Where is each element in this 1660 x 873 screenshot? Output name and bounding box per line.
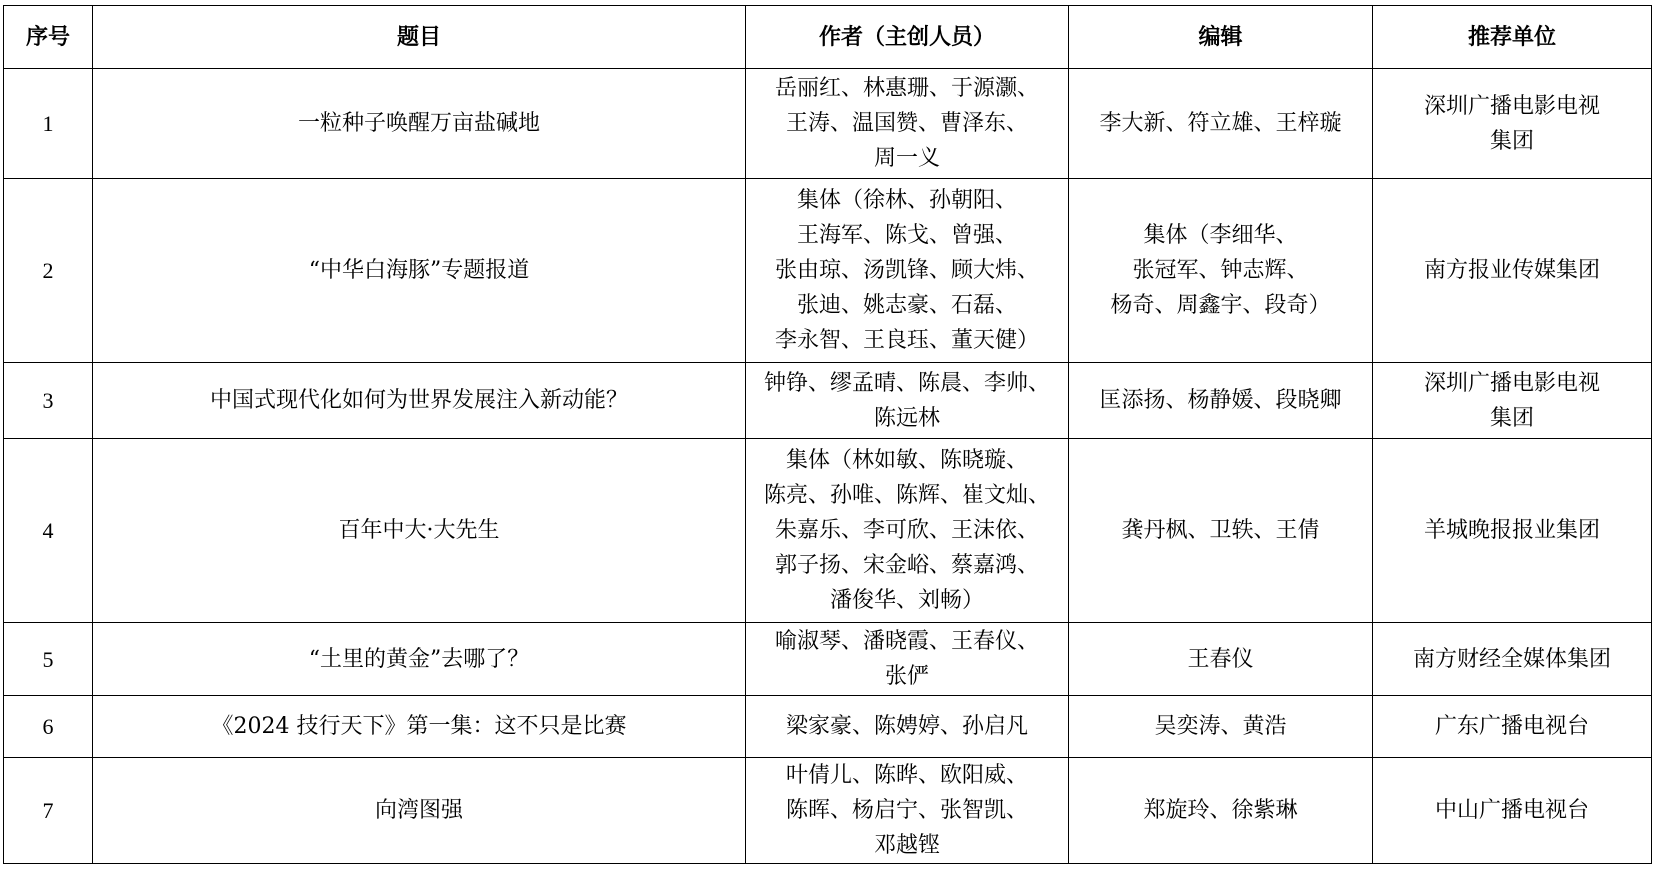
- authors-line: 朱嘉乐、李可欣、王沫依、: [752, 513, 1062, 548]
- authors-line: 陈晖、杨启宁、张智凯、: [752, 793, 1062, 828]
- table-row: 6《2024 技行天下》第一集：这不只是比赛梁家豪、陈娉婷、孙启凡吴奕涛、黄浩广…: [4, 696, 1652, 758]
- unit-line: 集团: [1379, 401, 1645, 436]
- unit-line: 南方财经全媒体集团: [1379, 642, 1645, 677]
- editors-line: 张冠军、钟志辉、: [1075, 253, 1366, 288]
- unit-line: 深圳广播电影电视: [1379, 89, 1645, 124]
- unit-line: 广东广播电视台: [1379, 709, 1645, 744]
- cell-title: 百年中大·大先生: [93, 439, 746, 623]
- authors-line: 周一义: [752, 141, 1062, 176]
- table-row: 4百年中大·大先生集体（林如敏、陈晓璇、陈亮、孙唯、陈辉、崔文灿、朱嘉乐、李可欣…: [4, 439, 1652, 623]
- table-row: 7向湾图强叶倩儿、陈晔、欧阳威、陈晖、杨启宁、张智凯、邓越铿郑旋玲、徐紫琳中山广…: [4, 758, 1652, 864]
- cell-authors: 钟铮、缪孟晴、陈晨、李帅、陈远林: [746, 363, 1069, 439]
- cell-editors: 龚丹枫、卫轶、王倩: [1069, 439, 1373, 623]
- cell-title: “土里的黄金”去哪了？: [93, 623, 746, 696]
- cell-unit: 中山广播电视台: [1373, 758, 1652, 864]
- cell-index: 4: [4, 439, 93, 623]
- cell-editors: 郑旋玲、徐紫琳: [1069, 758, 1373, 864]
- editors-line: 郑旋玲、徐紫琳: [1075, 793, 1366, 828]
- unit-line: 深圳广播电影电视: [1379, 366, 1645, 401]
- authors-line: 王海军、陈戈、曾强、: [752, 218, 1062, 253]
- cell-index: 1: [4, 69, 93, 179]
- table-row: 3中国式现代化如何为世界发展注入新动能？钟铮、缪孟晴、陈晨、李帅、陈远林匡添扬、…: [4, 363, 1652, 439]
- cell-authors: 梁家豪、陈娉婷、孙启凡: [746, 696, 1069, 758]
- authors-line: 郭子扬、宋金峪、蔡嘉鸿、: [752, 548, 1062, 583]
- cell-unit: 广东广播电视台: [1373, 696, 1652, 758]
- authors-line: 张由琼、汤凯锋、顾大炜、: [752, 253, 1062, 288]
- cell-authors: 岳丽红、林惠珊、于源灏、王涛、温国赞、曹泽东、周一义: [746, 69, 1069, 179]
- cell-title: “中华白海豚”专题报道: [93, 179, 746, 363]
- authors-line: 张迪、姚志豪、石磊、: [752, 288, 1062, 323]
- award-table: 序号 题目 作者（主创人员） 编辑 推荐单位 1一粒种子唤醒万亩盐碱地岳丽红、林…: [3, 5, 1652, 864]
- cell-unit: 南方财经全媒体集团: [1373, 623, 1652, 696]
- cell-authors: 叶倩儿、陈晔、欧阳威、陈晖、杨启宁、张智凯、邓越铿: [746, 758, 1069, 864]
- cell-title: 向湾图强: [93, 758, 746, 864]
- authors-line: 岳丽红、林惠珊、于源灏、: [752, 71, 1062, 106]
- cell-title: 中国式现代化如何为世界发展注入新动能？: [93, 363, 746, 439]
- cell-title: 《2024 技行天下》第一集：这不只是比赛: [93, 696, 746, 758]
- editors-line: 杨奇、周鑫宇、段奇）: [1075, 288, 1366, 323]
- authors-line: 王涛、温国赞、曹泽东、: [752, 106, 1062, 141]
- editors-line: 集体（李细华、: [1075, 218, 1366, 253]
- cell-authors: 集体（林如敏、陈晓璇、陈亮、孙唯、陈辉、崔文灿、朱嘉乐、李可欣、王沫依、郭子扬、…: [746, 439, 1069, 623]
- unit-line: 中山广播电视台: [1379, 793, 1645, 828]
- cell-unit: 深圳广播电影电视集团: [1373, 69, 1652, 179]
- table-row: 5“土里的黄金”去哪了？喻淑琴、潘晓霞、王春仪、张俨王春仪南方财经全媒体集团: [4, 623, 1652, 696]
- table-body: 1一粒种子唤醒万亩盐碱地岳丽红、林惠珊、于源灏、王涛、温国赞、曹泽东、周一义李大…: [4, 69, 1652, 864]
- cell-index: 6: [4, 696, 93, 758]
- header-unit: 推荐单位: [1373, 6, 1652, 69]
- authors-line: 陈亮、孙唯、陈辉、崔文灿、: [752, 478, 1062, 513]
- unit-line: 南方报业传媒集团: [1379, 253, 1645, 288]
- authors-line: 梁家豪、陈娉婷、孙启凡: [752, 709, 1062, 744]
- header-editors: 编辑: [1069, 6, 1373, 69]
- cell-authors: 集体（徐林、孙朝阳、王海军、陈戈、曾强、张由琼、汤凯锋、顾大炜、张迪、姚志豪、石…: [746, 179, 1069, 363]
- authors-line: 李永智、王良珏、董天健）: [752, 323, 1062, 358]
- authors-line: 喻淑琴、潘晓霞、王春仪、: [752, 624, 1062, 659]
- cell-editors: 匡添扬、杨静媛、段晓卿: [1069, 363, 1373, 439]
- cell-unit: 深圳广播电影电视集团: [1373, 363, 1652, 439]
- cell-unit: 南方报业传媒集团: [1373, 179, 1652, 363]
- editors-line: 吴奕涛、黄浩: [1075, 709, 1366, 744]
- authors-line: 潘俊华、刘畅）: [752, 583, 1062, 618]
- cell-editors: 吴奕涛、黄浩: [1069, 696, 1373, 758]
- unit-line: 羊城晚报报业集团: [1379, 513, 1645, 548]
- cell-title: 一粒种子唤醒万亩盐碱地: [93, 69, 746, 179]
- authors-line: 叶倩儿、陈晔、欧阳威、: [752, 758, 1062, 793]
- editors-line: 李大新、符立雄、王梓璇: [1075, 106, 1366, 141]
- header-title: 题目: [93, 6, 746, 69]
- authors-line: 钟铮、缪孟晴、陈晨、李帅、: [752, 366, 1062, 401]
- editors-line: 龚丹枫、卫轶、王倩: [1075, 513, 1366, 548]
- authors-line: 邓越铿: [752, 828, 1062, 863]
- cell-editors: 集体（李细华、张冠军、钟志辉、杨奇、周鑫宇、段奇）: [1069, 179, 1373, 363]
- unit-line: 集团: [1379, 124, 1645, 159]
- authors-line: 陈远林: [752, 401, 1062, 436]
- cell-index: 3: [4, 363, 93, 439]
- cell-unit: 羊城晚报报业集团: [1373, 439, 1652, 623]
- authors-line: 集体（林如敏、陈晓璇、: [752, 443, 1062, 478]
- editors-line: 王春仪: [1075, 642, 1366, 677]
- cell-index: 2: [4, 179, 93, 363]
- cell-editors: 李大新、符立雄、王梓璇: [1069, 69, 1373, 179]
- table-row: 2“中华白海豚”专题报道集体（徐林、孙朝阳、王海军、陈戈、曾强、张由琼、汤凯锋、…: [4, 179, 1652, 363]
- authors-line: 张俨: [752, 659, 1062, 694]
- table-row: 1一粒种子唤醒万亩盐碱地岳丽红、林惠珊、于源灏、王涛、温国赞、曹泽东、周一义李大…: [4, 69, 1652, 179]
- header-index: 序号: [4, 6, 93, 69]
- cell-editors: 王春仪: [1069, 623, 1373, 696]
- editors-line: 匡添扬、杨静媛、段晓卿: [1075, 383, 1366, 418]
- header-authors: 作者（主创人员）: [746, 6, 1069, 69]
- header-row: 序号 题目 作者（主创人员） 编辑 推荐单位: [4, 6, 1652, 69]
- cell-authors: 喻淑琴、潘晓霞、王春仪、张俨: [746, 623, 1069, 696]
- cell-index: 5: [4, 623, 93, 696]
- cell-index: 7: [4, 758, 93, 864]
- authors-line: 集体（徐林、孙朝阳、: [752, 183, 1062, 218]
